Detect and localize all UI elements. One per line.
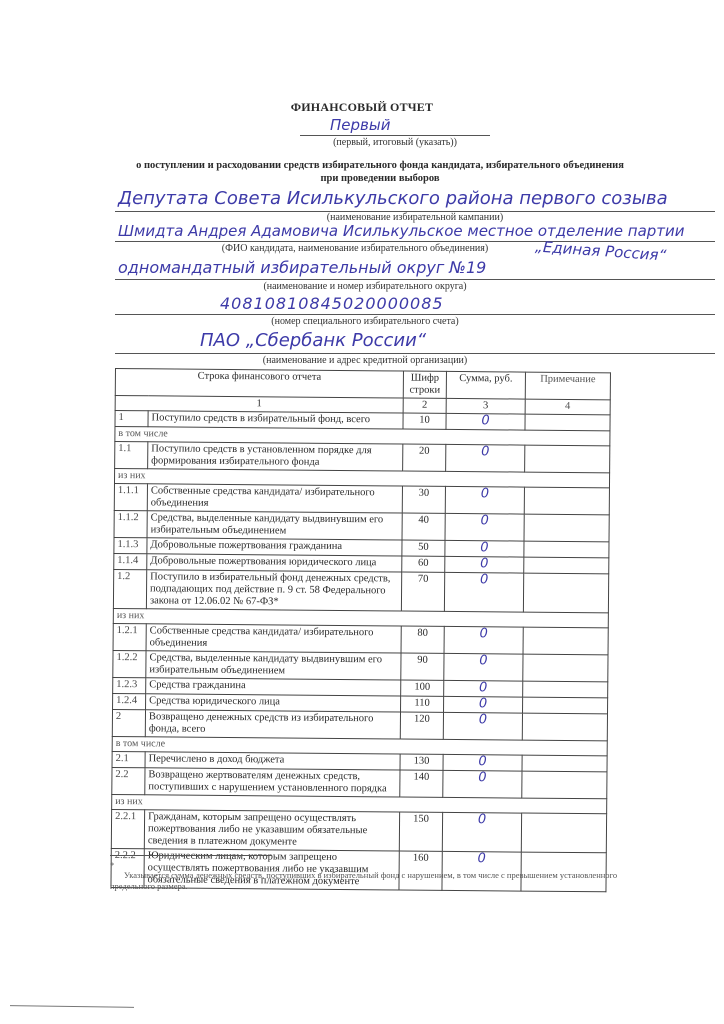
row-note [523,681,608,698]
bank-caption: (наименование и адрес кредитной организа… [115,355,615,366]
row-code: 10 [403,413,446,429]
row-note [523,627,608,655]
row-number: 1.1 [115,442,148,469]
header-note: Примечание [525,372,610,400]
district-line [115,279,715,280]
table-row: 1.2Поступило в избирательный фонд денежн… [113,569,608,612]
row-note [523,697,608,714]
district-value: одномандатный избирательный округ №19 [118,258,486,277]
handwritten-sum-value: 0 [481,415,489,427]
row-label: Собственные средства кандидата/ избирате… [147,484,402,513]
financial-report-table: Строка финансового отчета Шифр строки Су… [110,368,611,892]
row-note [523,573,608,613]
row-code: 30 [402,486,445,513]
row-code: 90 [401,653,444,680]
row-sum: 0 [445,556,524,573]
row-sum: 0 [446,413,525,430]
row-label: Собственные средства кандидата/ избирате… [146,624,401,653]
bank-value: ПАО „Сбербанк России“ [200,330,426,351]
handwritten-sum-value: 0 [479,698,487,710]
handwritten-sum-value: 0 [480,574,488,586]
table-row: 1.2.1Собственные средства кандидата/ изб… [113,623,608,654]
row-number: 1.2.1 [113,623,146,650]
handwritten-sum-value: 0 [478,814,486,826]
row-sum: 0 [443,770,522,798]
handwritten-sum-value: 0 [479,714,487,726]
row-label: Возвращено денежных средств из избирател… [145,710,400,739]
handwritten-sum-value: 0 [479,655,487,667]
handwritten-sum-value: 0 [479,628,487,640]
candidate-line [115,241,715,242]
report-type-line [300,135,490,136]
table-row: 2.2Возвращено жертвователям денежных сре… [112,767,607,798]
header-code: Шифр строки [403,371,446,398]
table-row: 1.1.2Средства, выделенные кандидату выдв… [114,510,609,541]
col-number-3: 3 [446,398,525,414]
row-number: 1.1.3 [114,537,147,553]
row-code: 20 [403,444,446,471]
row-code: 60 [402,556,445,572]
row-code: 110 [401,696,444,712]
handwritten-sum-value: 0 [481,488,489,500]
account-number-value: 40810810845020000085 [220,294,444,313]
row-number: 2.2 [112,767,145,794]
row-note [524,557,609,574]
row-label: Гражданам, которым запрещено осуществлят… [144,810,399,851]
col-number-2: 2 [403,398,446,413]
footnote-separator [110,855,272,856]
row-sum: 0 [444,653,523,681]
row-code: 140 [400,770,443,797]
row-note [524,541,609,558]
row-number: 1.1.2 [114,510,147,537]
row-note [524,514,609,542]
row-code: 40 [402,513,445,540]
account-line [115,314,715,315]
header-line: Строка финансового отчета [115,369,403,399]
row-number: 2.1 [112,751,145,767]
row-label: Средства, выделенные кандидату выдвинувш… [147,511,402,540]
row-number: 1.2.4 [113,693,146,709]
row-label: Средства, выделенные кандидату выдвинувш… [146,651,401,680]
table-row: 1.1.1Собственные средства кандидата/ изб… [114,483,609,514]
row-sum: 0 [444,572,523,612]
row-sum: 0 [445,513,524,541]
row-number: 1.2 [113,569,146,608]
report-subtitle-line2: при проведении выборов [100,173,660,184]
bank-line [115,353,715,354]
handwritten-sum-value: 0 [478,772,486,784]
row-note [525,445,610,473]
row-label: Возвращено жертвователям денежных средст… [145,768,400,797]
table-row: 1.1Поступило средств в установленном пор… [115,442,610,473]
footnote-text: Указывается сумма денежных средств, пост… [110,870,640,892]
row-label: Поступило в избирательный фонд денежных … [146,570,401,611]
row-note [525,414,610,431]
col-number-4: 4 [525,399,610,415]
table-row: 2.2.1Гражданам, которым запрещено осущес… [111,809,606,852]
table-row: 2Возвращено денежных средств из избирате… [112,709,607,740]
handwritten-sum-value: 0 [479,682,487,694]
row-code: 150 [399,812,442,851]
signature-line [10,1005,134,1008]
row-note [521,813,606,853]
row-sum: 0 [444,696,523,713]
row-note [522,771,607,799]
row-label: Поступило средств в установленном порядк… [148,442,403,471]
table-header-row: Строка финансового отчета Шифр строки Су… [115,369,610,373]
row-number: 1.1.1 [114,483,147,510]
row-sum: 0 [443,754,522,771]
table-row: 1.2.2Средства, выделенные кандидату выдв… [113,650,608,681]
row-number: 1.2.3 [113,677,146,693]
report-type-caption: (первый, итоговый (указать)) [290,137,500,148]
row-code: 70 [401,572,444,611]
handwritten-sum-value: 0 [480,542,488,554]
row-sum: 0 [445,540,524,557]
candidate-caption: (ФИО кандидата, наименование избирательн… [115,243,595,254]
handwritten-sum-value: 0 [480,515,488,527]
row-code: 130 [400,754,443,770]
row-code: 120 [400,712,443,739]
handwritten-sum-value: 0 [481,446,489,458]
row-code: 80 [401,626,444,653]
report-title: ФИНАНСОВЫЙ ОТЧЕТ [0,100,724,115]
report-type-value: Первый [330,116,390,134]
row-note [522,713,607,741]
row-note [523,654,608,682]
campaign-value: Депутата Совета Исилькульского района пе… [118,188,668,209]
row-number: 2.2.1 [111,809,144,848]
candidate-value: Шмидта Андрея Адамовича Исилькульское ме… [118,222,685,240]
report-subtitle-line1: о поступлении и расходовании средств изб… [100,160,660,171]
handwritten-sum-value: 0 [480,558,488,570]
row-code: 50 [402,540,445,556]
handwritten-sum-value: 0 [478,756,486,768]
row-sum: 0 [442,812,521,852]
row-code: 100 [401,680,444,696]
row-number: 1.1.4 [114,553,147,569]
header-sum: Сумма, руб. [446,371,525,399]
row-sum: 0 [446,444,525,472]
account-caption: (номер специального избирательного счета… [115,316,615,327]
row-number: 2 [112,709,145,736]
handwritten-sum-value: 0 [478,853,486,865]
row-note [522,755,607,772]
row-sum: 0 [445,486,524,514]
row-sum: 0 [443,712,522,740]
row-number: 1 [115,411,148,427]
row-note [524,487,609,515]
district-caption: (наименование и номер избирательного окр… [115,281,615,292]
row-sum: 0 [444,680,523,697]
row-sum: 0 [444,626,523,654]
row-number: 1.2.2 [113,650,146,677]
